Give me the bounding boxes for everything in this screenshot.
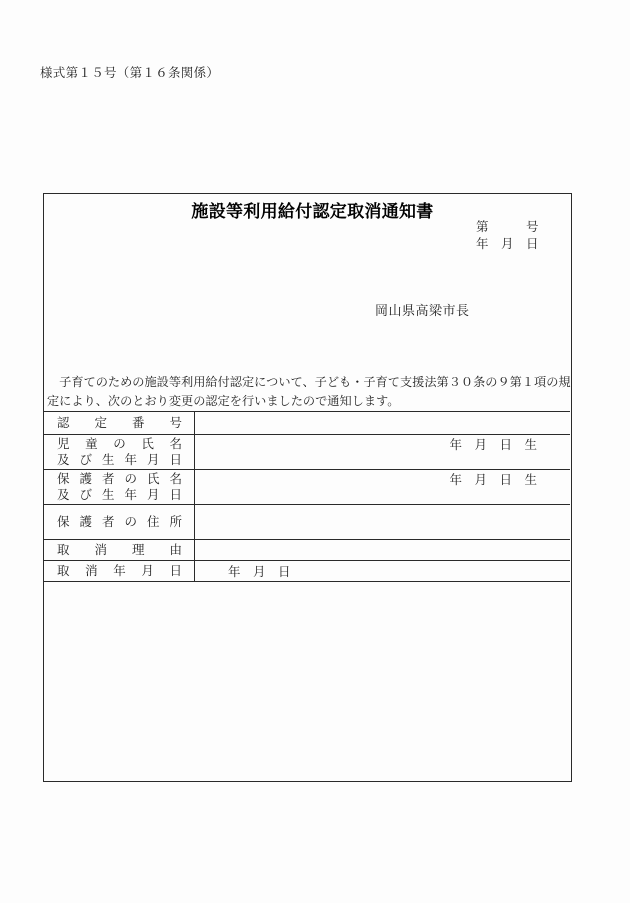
row-child-name-dob: 児童の氏名 及び生年月日 年 月 日 生 (44, 435, 570, 470)
label-cancel-reason: 取消理由 (44, 540, 195, 560)
form-number-label: 様式第１５号（第１６条関係） (40, 63, 219, 81)
notice-body-line: 子育てのための施設等利用給付認定について、子ども・子育て支援法第３０条の９第１項… (47, 373, 571, 392)
value-cancel-reason (195, 540, 570, 560)
doc-number-block: 第 号 年 月 日 (476, 219, 539, 253)
row-cancel-reason: 取消理由 (44, 540, 570, 561)
value-guardian-dob: 年 月 日 生 (195, 470, 570, 504)
label-guardian-address: 保護者の住所 (44, 505, 195, 539)
doc-number: 第 号 (476, 219, 539, 236)
cert-table: 認定番号 児童の氏名 及び生年月日 年 月 日 生 保護者の氏名 及び生年月日 … (44, 411, 570, 582)
issue-date: 年 月 日 (476, 236, 539, 253)
notice-frame: 施設等利用給付認定取消通知書 第 号 年 月 日 岡山県高梁市長 子育てのための… (43, 193, 572, 782)
row-guardian-address: 保護者の住所 (44, 505, 570, 540)
value-child-dob: 年 月 日 生 (195, 435, 570, 469)
label-cert-number: 認定番号 (44, 412, 195, 434)
value-guardian-address (195, 505, 570, 539)
notice-body-line: 定により、次のとおり変更の認定を行いましたので通知します。 (47, 392, 571, 411)
row-cancel-date: 取消年月日 年 月 日 (44, 561, 570, 582)
row-cert-number: 認定番号 (44, 412, 570, 435)
row-guardian-name-dob: 保護者の氏名 及び生年月日 年 月 日 生 (44, 470, 570, 505)
document-page: 様式第１５号（第１６条関係） 施設等利用給付認定取消通知書 第 号 年 月 日 … (0, 0, 630, 903)
issuer-name: 岡山県高梁市長 (375, 300, 470, 319)
value-cert-number (195, 412, 570, 434)
value-cancel-date: 年 月 日 (195, 561, 570, 581)
label-child-name-dob: 児童の氏名 及び生年月日 (44, 435, 195, 469)
notice-body: 子育てのための施設等利用給付認定について、子ども・子育て支援法第３０条の９第１項… (47, 373, 571, 410)
label-cancel-date: 取消年月日 (44, 561, 195, 581)
label-guardian-name-dob: 保護者の氏名 及び生年月日 (44, 470, 195, 504)
